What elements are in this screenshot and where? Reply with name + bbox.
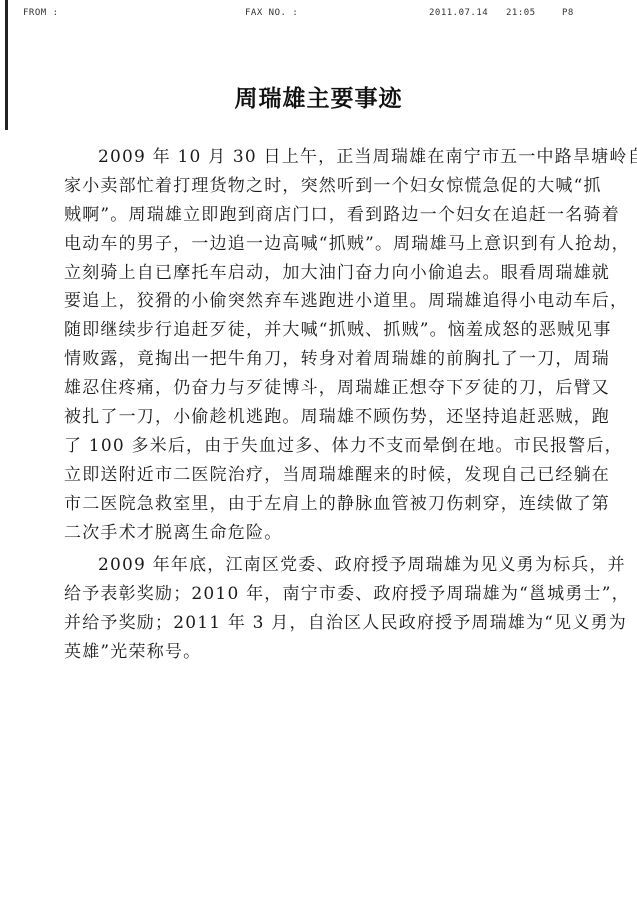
text-line: 立即送附近市二医院治疗，当周瑞雄醒来的时候，发现自己已经躺在 xyxy=(64,461,594,490)
text-line: 情败露，竟掏出一把牛角刀，转身对着周瑞雄的前胸扎了一刀，周瑞 xyxy=(64,345,594,374)
paragraph-2: 2009 年年底，江南区党委、政府授予周瑞雄为见义勇为标兵，并 给予表彰奖励；2… xyxy=(64,551,594,667)
fax-date: 2011.07.14 xyxy=(429,8,488,18)
text-line: 给予表彰奖励；2010 年，南宁市委、政府授予周瑞雄为“邕城勇士”， xyxy=(64,580,594,609)
text-line: 二次手术才脱离生命危险。 xyxy=(64,519,594,548)
document-title: 周瑞雄主要事迹 xyxy=(0,80,637,113)
paragraph-1: 2009 年 10 月 30 日上午，正当周瑞雄在南宁市五一中路旱塘岭自 家小卖… xyxy=(64,143,594,547)
fax-from-label: FROM : xyxy=(23,8,59,18)
text-line: 市二医院急救室里，由于左肩上的静脉血管被刀伤刺穿，连续做了第 xyxy=(64,490,594,519)
text-line: 立刻骑上自已摩托车启动，加大油门奋力向小偷追去。眼看周瑞雄就 xyxy=(64,259,594,288)
fax-number-label: FAX NO. : xyxy=(245,8,298,18)
text-line: 要追上，狡猾的小偷突然弃车逃跑进小道里。周瑞雄追得小电动车后， xyxy=(64,287,594,316)
text-line: 了 100 多米后，由于失血过多、体力不支而晕倒在地。市民报警后， xyxy=(64,432,594,461)
text-line: 家小卖部忙着打理货物之时，突然听到一个妇女惊慌急促的大喊“抓 xyxy=(64,172,594,201)
text-line: 雄忍住疼痛，仍奋力与歹徒博斗，周瑞雄正想夺下歹徒的刀，后臂又 xyxy=(64,374,594,403)
text-line: 2009 年年底，江南区党委、政府授予周瑞雄为见义勇为标兵，并 xyxy=(64,551,594,580)
text-line: 电动车的男子，一边追一边高喊“抓贼”。周瑞雄马上意识到有人抢劫， xyxy=(64,230,594,259)
text-line: 并给予奖励；2011 年 3 月，自治区人民政府授予周瑞雄为“见义勇为 xyxy=(64,609,594,638)
document-body: 2009 年 10 月 30 日上午，正当周瑞雄在南宁市五一中路旱塘岭自 家小卖… xyxy=(64,143,594,667)
text-line: 英雄”光荣称号。 xyxy=(64,638,594,667)
fax-page-number: P8 xyxy=(562,8,574,18)
fax-header: FROM : FAX NO. : 2011.07.14 21:05 P8 xyxy=(0,6,637,26)
fax-time: 21:05 xyxy=(506,8,536,18)
text-line: 随即继续步行追赶歹徒，并大喊“抓贼、抓贼”。恼羞成怒的恶贼见事 xyxy=(64,316,594,345)
text-line: 被扎了一刀，小偷趁机逃跑。周瑞雄不顾伤势，还坚持追赶恶贼，跑 xyxy=(64,403,594,432)
text-line: 2009 年 10 月 30 日上午，正当周瑞雄在南宁市五一中路旱塘岭自 xyxy=(64,143,594,172)
text-line: 贼啊”。周瑞雄立即跑到商店门口，看到路边一个妇女在追赶一名骑着 xyxy=(64,201,594,230)
